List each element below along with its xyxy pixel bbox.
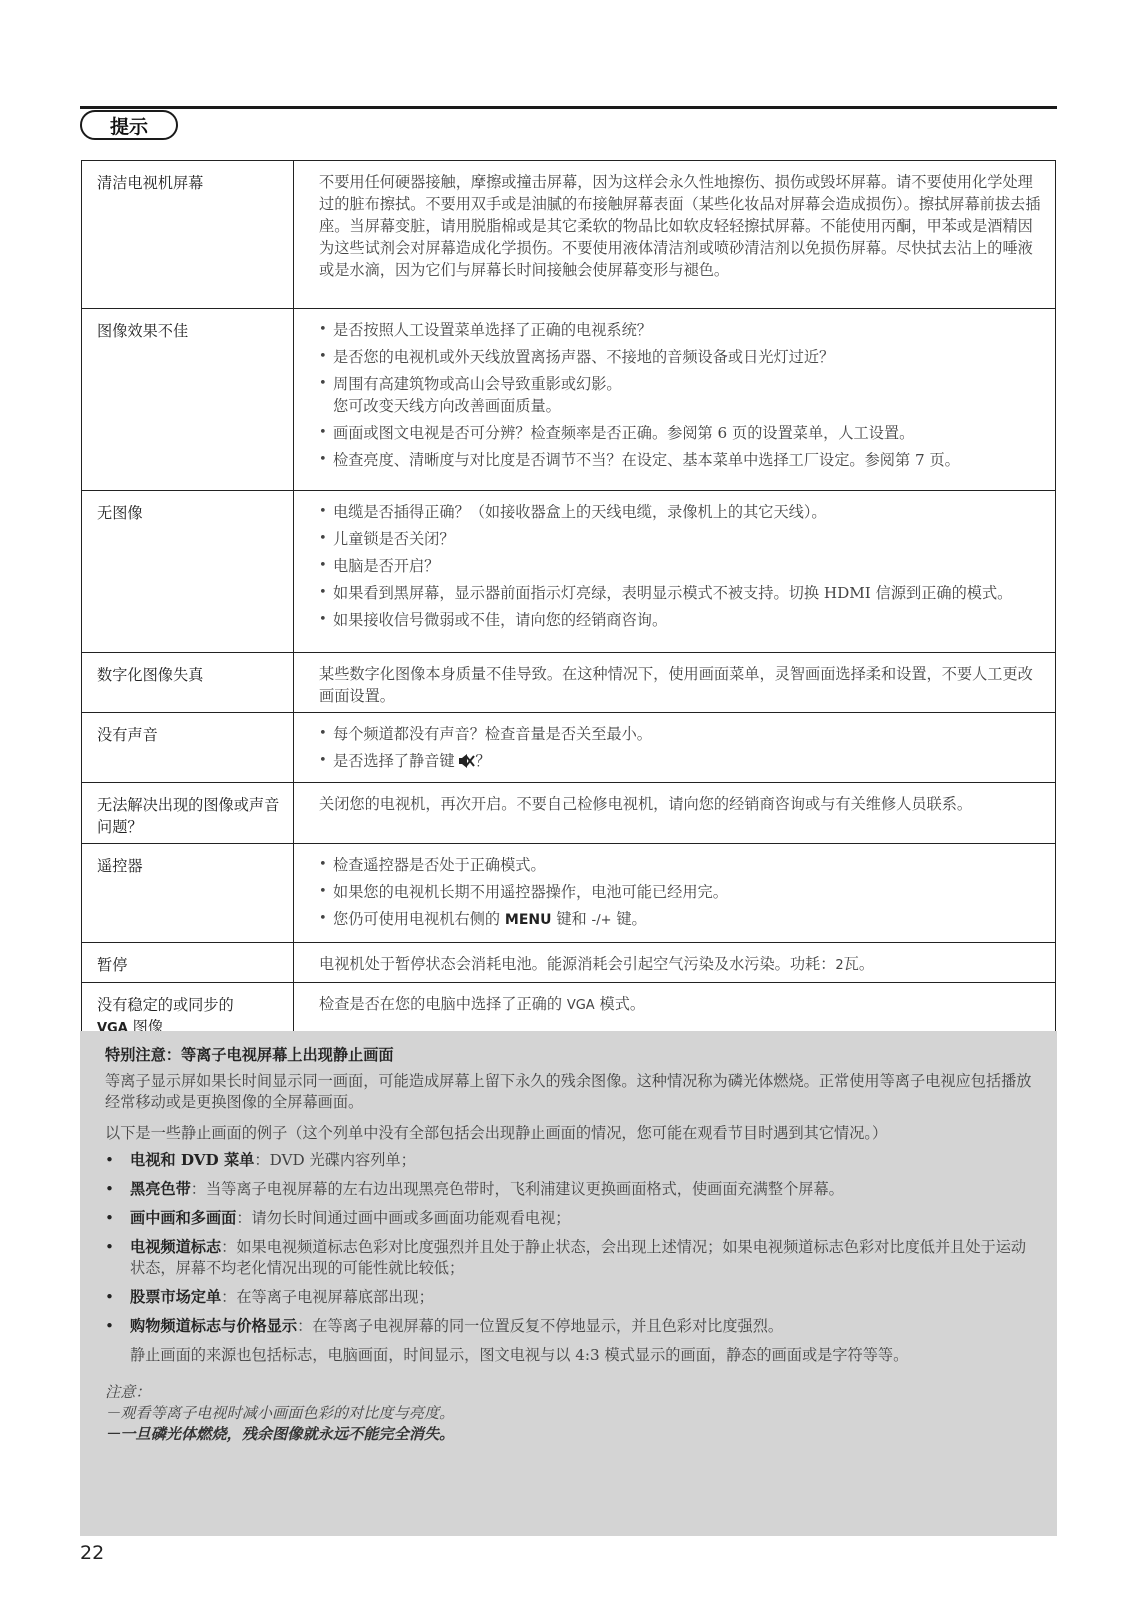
list-item: 黑亮色带：当等离子电视屏幕的左右边出现黑亮色带时，飞利浦建议更换画面格式，使画面… [105, 1179, 1033, 1200]
vga-term: VGA [567, 998, 595, 1013]
solution-list: 电缆是否插得正确？（如接收器盒上的天线电缆，录像机上的其它天线）。 儿童锁是否关… [294, 491, 1056, 653]
list-item: 画面或图文电视是否可分辨？检查频率是否正确。参阅第 6 页的设置菜单，人工设置。 [319, 422, 1041, 444]
notice-paragraph: 等离子显示屏如果长时间显示同一画面，可能造成屏幕上留下永久的残余图像。这种情况称… [105, 1071, 1033, 1113]
table-row: 无图像 电缆是否插得正确？（如接收器盒上的天线电缆，录像机上的其它天线）。 儿童… [82, 491, 1056, 653]
table-row: 遥控器 检查遥控器是否处于正确模式。 如果您的电视机长期不用遥控器操作，电池可能… [82, 844, 1056, 943]
note-label: 注意： [105, 1382, 1033, 1403]
problem-label: 遥控器 [82, 844, 294, 943]
problem-label-text: 没有稳定的或同步的 [97, 996, 234, 1014]
problem-label: 图像效果不佳 [82, 309, 294, 491]
list-item: 电缆是否插得正确？（如接收器盒上的天线电缆，录像机上的其它天线）。 [319, 501, 1041, 523]
example-term: 购物频道标志与价格显示 [130, 1317, 297, 1335]
troubleshooting-table: 清洁电视机屏幕 不要用任何硬器接触，摩擦或撞击屏幕，因为这样会永久性地擦伤、损伤… [81, 160, 1056, 1086]
notice-title: 特别注意：等离子电视屏幕上出现静止画面 [105, 1045, 1033, 1066]
notice-extra: 静止画面的来源也包括标志，电脑画面，时间显示，图文电视与以 4:3 模式显示的画… [105, 1345, 1033, 1366]
header-rule [80, 106, 1057, 109]
table-row: 没有声音 每个频道都没有声音？检查音量是否关至最小。 是否选择了静音键 ？ [82, 713, 1056, 783]
problem-label: 无法解决出现的图像或声音问题？ [82, 783, 294, 844]
list-item: 购物频道标志与价格显示：在等离子电视屏幕的同一位置反复不停地显示，并且色彩对比度… [105, 1316, 1033, 1337]
solution-text: 某些数字化图像本身质量不佳导致。在这种情况下，使用画面菜单，灵智画面选择柔和设置… [294, 653, 1056, 713]
solution-body: 检查是否在您的电脑中选择了正确的 [319, 995, 562, 1013]
list-item: 是否按照人工设置菜单选择了正确的电视系统？ [319, 319, 1041, 341]
list-item-text: 键和 [556, 910, 586, 928]
example-term: 画中画和多画面 [130, 1209, 236, 1227]
example-term: 电视和 DVD 菜单 [130, 1151, 254, 1169]
problem-label: 无图像 [82, 491, 294, 653]
example-desc: ：当等离子电视屏幕的左右边出现黑亮色带时，飞利浦建议更换画面格式，使画面充满整个… [191, 1180, 844, 1198]
problem-label: 没有声音 [82, 713, 294, 783]
problem-label: 数字化图像失真 [82, 653, 294, 713]
list-item: 电脑是否开启？ [319, 555, 1041, 577]
list-item: 儿童锁是否关闭？ [319, 528, 1041, 550]
solution-text: 关闭您的电视机，再次开启。不要自己检修电视机，请向您的经销商咨询或与有关维修人员… [294, 783, 1056, 844]
list-item: 电视和 DVD 菜单：DVD 光碟内容列单； [105, 1150, 1033, 1171]
solution-suffix: 模式。 [600, 995, 646, 1013]
menu-key-label: MENU [505, 912, 552, 928]
list-item: 画中画和多画面：请勿长时间通过画中画或多画面功能观看电视； [105, 1208, 1033, 1229]
list-item-text: 键。 [616, 910, 646, 928]
list-item: 是否您的电视机或外天线放置离扬声器、不接地的音频设备或日光灯过近？ [319, 346, 1041, 368]
problem-label: 清洁电视机屏幕 [82, 161, 294, 309]
list-item: 周围有高建筑物或高山会导致重影或幻影。 您可改变天线方向改善画面质量。 [319, 373, 1041, 417]
list-item: 如果看到黑屏幕，显示器前面指示灯亮绿，表明显示模式不被支持。切换 HDMI 信源… [319, 582, 1041, 604]
page-number: 22 [80, 1542, 104, 1564]
list-item-text: 是否选择了静音键 [333, 752, 455, 770]
plasma-notice-box: 特别注意：等离子电视屏幕上出现静止画面 等离子显示屏如果长时间显示同一画面，可能… [80, 1031, 1057, 1536]
note-line: －观看等离子电视时减小画面色彩的对比度与亮度。 [105, 1403, 1033, 1424]
list-item: 如果您的电视机长期不用遥控器操作，电池可能已经用完。 [319, 881, 1041, 903]
example-term: 电视频道标志 [130, 1238, 221, 1256]
solution-text: 电视机处于暂停状态会消耗电池。能源消耗会引起空气污染及水污染。功耗：2瓦。 [294, 943, 1056, 983]
solution-list: 是否按照人工设置菜单选择了正确的电视系统？ 是否您的电视机或外天线放置离扬声器、… [294, 309, 1056, 491]
list-item: 股票市场定单：在等离子电视屏幕底部出现； [105, 1287, 1033, 1308]
table-row: 暂停 电视机处于暂停状态会消耗电池。能源消耗会引起空气污染及水污染。功耗：2瓦。 [82, 943, 1056, 983]
table-row: 数字化图像失真 某些数字化图像本身质量不佳导致。在这种情况下，使用画面菜单，灵智… [82, 653, 1056, 713]
list-item: 电视频道标志：如果电视频道标志色彩对比度强烈并且处于静止状态，会出现上述情况；如… [105, 1237, 1033, 1279]
table-row: 图像效果不佳 是否按照人工设置菜单选择了正确的电视系统？ 是否您的电视机或外天线… [82, 309, 1056, 491]
section-title: 提示 [80, 110, 178, 140]
mute-speaker-icon [459, 754, 475, 768]
list-item-suffix: ？ [475, 752, 490, 770]
list-item: 您仍可使用电视机右侧的 MENU 键和 -/+ 键。 [319, 908, 1041, 932]
example-desc: ：DVD 光碟内容列单； [254, 1151, 415, 1169]
example-desc: ：请勿长时间通过画中画或多画面功能观看电视； [236, 1209, 570, 1227]
list-item-text: 您仍可使用电视机右侧的 [333, 910, 500, 928]
example-term: 股票市场定单 [130, 1288, 221, 1306]
list-item: 检查遥控器是否处于正确模式。 [319, 854, 1041, 876]
table-row: 清洁电视机屏幕 不要用任何硬器接触，摩擦或撞击屏幕，因为这样会永久性地擦伤、损伤… [82, 161, 1056, 309]
note-line: －一旦磷光体燃烧，残余图像就永远不能完全消失。 [105, 1424, 1033, 1445]
solution-list: 检查遥控器是否处于正确模式。 如果您的电视机长期不用遥控器操作，电池可能已经用完… [294, 844, 1056, 943]
problem-label: 暂停 [82, 943, 294, 983]
table-row: 无法解决出现的图像或声音问题？ 关闭您的电视机，再次开启。不要自己检修电视机，请… [82, 783, 1056, 844]
still-image-examples: 电视和 DVD 菜单：DVD 光碟内容列单； 黑亮色带：当等离子电视屏幕的左右边… [105, 1150, 1033, 1337]
solution-text: 不要用任何硬器接触，摩擦或撞击屏幕，因为这样会永久性地擦伤、损伤或毁坏屏幕。请不… [294, 161, 1056, 309]
example-desc: ：在等离子电视屏幕底部出现； [221, 1288, 434, 1306]
list-item: 如果接收信号微弱或不佳，请向您的经销商咨询。 [319, 609, 1041, 631]
list-item: 是否选择了静音键 ？ [319, 750, 1041, 772]
solution-list: 每个频道都没有声音？检查音量是否关至最小。 是否选择了静音键 ？ [294, 713, 1056, 783]
list-item: 检查亮度、清晰度与对比度是否调节不当？在设定、基本菜单中选择工厂设定。参阅第 7… [319, 449, 1041, 471]
example-desc: ：在等离子电视屏幕的同一位置反复不停地显示，并且色彩对比度强烈。 [297, 1317, 783, 1335]
notice-paragraph: 以下是一些静止画面的例子（这个列单中没有全部包括会出现静止画面的情况，您可能在观… [105, 1123, 1033, 1144]
list-item: 每个频道都没有声音？检查音量是否关至最小。 [319, 723, 1041, 745]
solution-body: 电视机处于暂停状态会消耗电池。能源消耗会引起空气污染及水污染。功耗： [319, 955, 835, 973]
volume-key-label: -/+ [592, 913, 612, 928]
example-desc: ：如果电视频道标志色彩对比度强烈并且处于静止状态，会出现上述情况；如果电视频道标… [130, 1238, 1026, 1277]
power-unit: 瓦。 [844, 955, 874, 973]
example-term: 黑亮色带 [130, 1180, 191, 1198]
power-value: 2 [835, 958, 843, 973]
